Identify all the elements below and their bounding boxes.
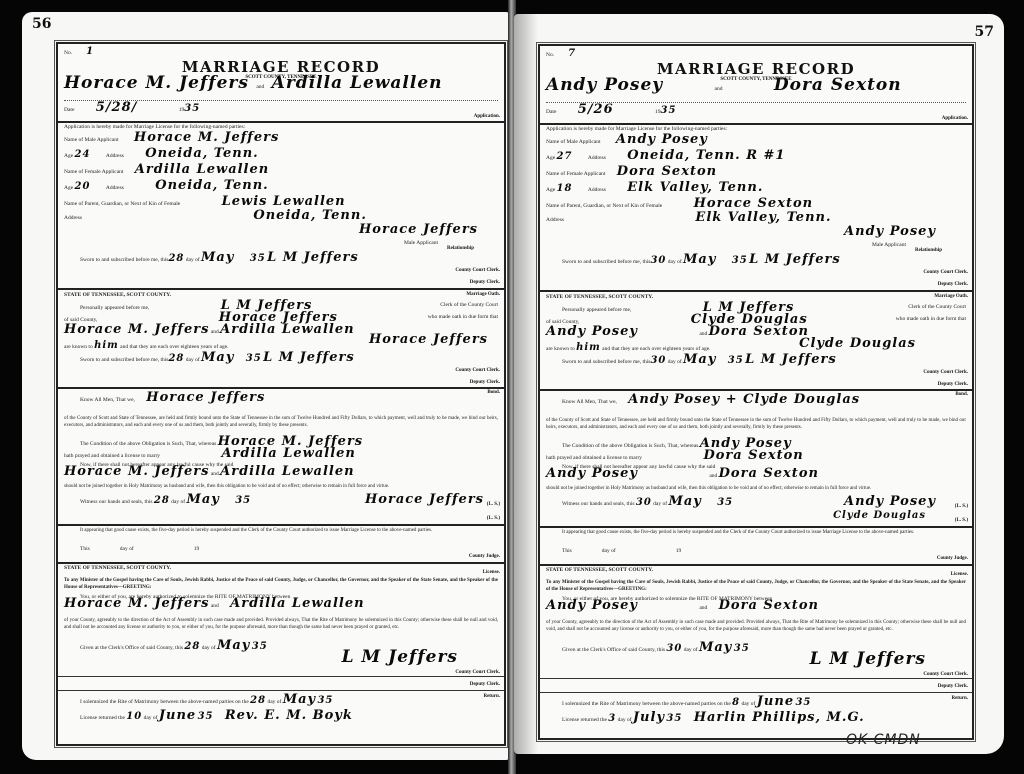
sworn-day: 30: [650, 255, 666, 266]
known-text: are known to: [64, 344, 93, 350]
know-text: Know All Men, That we,: [562, 399, 617, 405]
bond-signature-2: Clyde Douglas: [833, 510, 926, 521]
provided-text: of your County, agreeably to the directi…: [64, 618, 498, 631]
given-year: 35: [252, 641, 268, 652]
returned-text: License returned the: [562, 717, 607, 723]
witness-text: Witness our hands and seals, this: [562, 501, 635, 507]
date-label: Date: [64, 107, 74, 113]
clerk-of-court-text: Clerk of the County Court: [440, 302, 498, 309]
affiant-signature: Horace Jeffers: [369, 336, 488, 343]
solemnized-day: 8: [732, 697, 740, 708]
female-address: Elk Valley, Tenn.: [627, 180, 763, 195]
bond-body-text: of the County of Scott and State of Tenn…: [546, 418, 966, 431]
given-month: May: [699, 640, 732, 655]
marriage-record-form: No.1 MARRIAGE RECORD SCOTT COUNTY, TENNE…: [56, 42, 506, 746]
and-text: and: [211, 329, 219, 335]
clerk-label: County Court Clerk.: [923, 270, 968, 275]
witness-year: 35: [235, 495, 251, 506]
returned-year: 35: [198, 711, 214, 722]
male-age-label: Age: [64, 153, 73, 159]
male-address-label: Address: [588, 155, 606, 161]
female-address: Oneida, Tenn.: [155, 178, 268, 193]
witness-text: Witness our hands and seals, this: [80, 499, 153, 505]
solemnized-text: I solemnized the Rite of Matrimony betwe…: [562, 701, 731, 707]
deputy-label: Deputy Clerk.: [938, 282, 968, 287]
parent-address: Oneida, Tenn.: [253, 208, 366, 223]
no-label: No.: [546, 52, 554, 58]
suspension-text: It appearing that good cause exists, the…: [546, 530, 966, 537]
witness-month: May: [186, 492, 219, 507]
female-age: 18: [557, 183, 573, 194]
returned-month: June: [159, 708, 196, 723]
oath-deputy-label: Deputy Clerk.: [470, 380, 500, 385]
oath-party1: Andy Posey: [546, 324, 638, 339]
female-applicant-label: Name of Female Applicant: [546, 171, 605, 177]
oath-sworn-year: 35: [246, 353, 262, 364]
connector-text: and: [256, 84, 264, 90]
and-text: and: [699, 605, 707, 611]
this-text: This: [80, 546, 90, 552]
date-label: Date: [546, 109, 556, 115]
prayed-name: Dora Sexton: [703, 448, 803, 463]
sworn-text: Sworn to and subscribed before me, this: [562, 259, 650, 265]
solemnized-text: I solemnized the Rite of Matrimony betwe…: [80, 699, 249, 705]
license-party2: Ardilla Lewallen: [230, 596, 364, 611]
parent-name: Lewis Lewallen: [222, 194, 346, 209]
license-heading: STATE OF TENNESSEE, SCOTT COUNTY.: [546, 567, 966, 574]
oath-deputy-label: Deputy Clerk.: [938, 382, 968, 387]
female-address-label: Address: [588, 187, 606, 193]
male-applicant-name: Andy Posey: [616, 132, 708, 147]
clerk-label: County Court Clerk.: [455, 268, 500, 273]
bond-party2: Ardilla Lewallen: [220, 464, 354, 479]
day-of-text: day of: [120, 546, 134, 552]
parent-address-label: Address: [64, 215, 82, 221]
judge-label: County Judge.: [937, 556, 968, 561]
given-day: 30: [666, 643, 682, 654]
margin-note: OK CMDN: [846, 732, 921, 748]
year-prefix: 19: [194, 546, 200, 552]
known-text: are known to: [546, 346, 575, 352]
application-year: 35: [184, 103, 200, 114]
clerk-signature: L M Jeffers: [749, 252, 841, 267]
male-address: Oneida, Tenn. R #1: [627, 148, 785, 163]
no-label: No.: [64, 50, 72, 56]
sworn-day: 28: [168, 253, 184, 264]
license-deputy-label: Deputy Clerk.: [938, 684, 968, 689]
day-of-text: day of: [668, 259, 682, 265]
prayed-name: Ardilla Lewallen: [221, 446, 355, 461]
oath-sworn-year: 35: [728, 355, 744, 366]
sworn-month: May: [683, 252, 716, 267]
relationship-label: Relationship: [915, 248, 942, 253]
known-value: him: [576, 342, 601, 353]
application-date: 5/28/: [96, 100, 138, 115]
right-page: 57 No.7 MARRIAGE RECORD SCOTT COUNTY, TE…: [514, 14, 1004, 754]
license-to-text: To any Minister of the Gospel having the…: [546, 580, 966, 593]
solemnized-day: 28: [250, 695, 266, 706]
application-intro: Application is hereby made for Marriage …: [546, 126, 966, 133]
suspension-text: It appearing that good cause exists, the…: [64, 528, 498, 535]
male-age-label: Age: [546, 155, 555, 161]
oath-clerk-label: County Court Clerk.: [923, 370, 968, 375]
day-of-text: day of: [267, 699, 281, 705]
void-text: should not be joined together in Holy Ma…: [546, 486, 966, 493]
clerk-signature: L M Jeffers: [267, 250, 359, 265]
oath-party2: Dora Sexton: [709, 324, 809, 339]
this-text: This: [562, 548, 572, 554]
bond-obligors: Horace Jeffers: [146, 390, 265, 405]
parent-address-label: Address: [546, 217, 564, 223]
returned-day: 3: [608, 713, 616, 724]
section-label-oath: Marriage Oath.: [466, 292, 500, 297]
oath-party2: Ardilla Lewallen: [220, 322, 354, 337]
known-value: him: [94, 340, 119, 351]
oath-clerk-signature: L M Jeffers: [745, 352, 837, 367]
page-number: 57: [975, 24, 994, 40]
seal-2: (L. S.): [955, 518, 968, 523]
sworn-month: May: [201, 250, 234, 265]
female-age-label: Age: [64, 185, 73, 191]
day-of-text: day of: [618, 717, 632, 723]
parent-label: Name of Parent, Guardian, or Next of Kin…: [546, 203, 662, 209]
oath-sworn-text: Sworn to and subscribed before me, this: [562, 359, 650, 365]
day-of-text: day of: [144, 715, 158, 721]
license-clerk-label: County Court Clerk.: [455, 670, 500, 675]
seal-2: (L. S.): [487, 516, 500, 521]
returned-year: 35: [666, 713, 682, 724]
section-label-oath: Marriage Oath.: [934, 294, 968, 299]
parent-address: Elk Valley, Tenn.: [695, 210, 831, 225]
parent-name: Horace Sexton: [694, 196, 813, 211]
application-intro: Application is hereby made for Marriage …: [64, 124, 498, 131]
oath-clerk-signature: L M Jeffers: [263, 350, 355, 365]
male-applicant-label: Name of Male Applicant: [64, 137, 119, 143]
returned-month: July: [633, 710, 665, 725]
given-text: Given at the Clerk's Office of said Coun…: [80, 645, 183, 651]
judge-label: County Judge.: [469, 554, 500, 559]
bond-obligors: Andy Posey + Clyde Douglas: [628, 392, 860, 407]
parent-label: Name of Parent, Guardian, or Next of Kin…: [64, 201, 180, 207]
day-of-text: day of: [186, 257, 200, 263]
bond-signature-1: Andy Posey: [844, 498, 936, 505]
affiant-signature: Clyde Douglas: [799, 340, 916, 347]
oath-sworn-month: May: [201, 350, 234, 365]
prayed-text: hath prayed and obtained a license to ma…: [546, 455, 642, 461]
female-applicant-name: Dora Sexton: [617, 164, 717, 179]
male-age: 27: [557, 151, 573, 162]
provided-text: of your County, agreeably to the directi…: [546, 620, 966, 633]
returned-text: License returned the: [80, 715, 125, 721]
male-applicant-signature: Horace Jeffers: [359, 222, 478, 237]
license-clerk-signature: L M Jeffers: [342, 647, 458, 667]
oath-text: who made oath in due form that: [896, 316, 966, 323]
solemnized-year: 35: [317, 695, 333, 706]
marriage-record-form: No.7 MARRIAGE RECORD SCOTT COUNTY, TENNE…: [538, 44, 974, 740]
appeared-text: Personally appeared before me,: [80, 305, 149, 311]
oath-sworn-day: 28: [168, 353, 184, 364]
witness-day: 30: [636, 497, 652, 508]
bride-name: Dora Sexton: [774, 75, 902, 95]
license-party1: Andy Posey: [546, 598, 638, 613]
day-of-text: day of: [741, 701, 755, 707]
bond-party2: Dora Sexton: [719, 466, 819, 481]
clerk-of-court-text: Clerk of the County Court: [908, 304, 966, 311]
seal-1: (L. S.): [955, 504, 968, 509]
male-address: Oneida, Tenn.: [145, 146, 258, 161]
solemnized-month: May: [283, 692, 316, 707]
bond-signature-1: Horace Jeffers: [365, 496, 484, 503]
male-address-label: Address: [106, 153, 124, 159]
female-applicant-label: Name of Female Applicant: [64, 169, 123, 175]
groom-name: Andy Posey: [546, 75, 663, 95]
relationship-label: Relationship: [447, 246, 474, 251]
groom-name: Horace M. Jeffers: [64, 73, 249, 93]
female-age: 20: [75, 181, 91, 192]
year-prefix: 19: [676, 548, 682, 554]
license-deputy-label: Deputy Clerk.: [470, 682, 500, 687]
solemnized-month: June: [757, 694, 794, 709]
sworn-text: Sworn to and subscribed before me, this: [80, 257, 168, 263]
bride-name: Ardilla Lewallen: [272, 73, 443, 93]
sworn-year: 35: [732, 255, 748, 266]
oath-sworn-day: 30: [650, 355, 666, 366]
day-of-text: day of: [684, 647, 698, 653]
witness-day: 28: [154, 495, 170, 506]
day-of-text: day of: [602, 548, 616, 554]
license-to-text: To any Minister of the Gospel having the…: [64, 578, 498, 591]
license-party2: Dora Sexton: [719, 598, 819, 613]
day-of-text: day of: [186, 357, 200, 363]
and-text: and: [699, 331, 707, 337]
section-label-application: Application.: [474, 114, 500, 119]
given-month: May: [217, 638, 250, 653]
connector-text: and: [715, 86, 723, 92]
bond-party1: Horace M. Jeffers: [64, 464, 209, 479]
day-of-text: day of: [171, 499, 185, 505]
prayed-text: hath prayed and obtained a license to ma…: [64, 453, 160, 459]
application-date: 5/26: [578, 102, 614, 117]
day-of-text: day of: [653, 501, 667, 507]
left-page: 56 No.1 MARRIAGE RECORD SCOTT COUNTY, TE…: [22, 12, 510, 760]
record-number: 1: [86, 46, 94, 57]
section-label-license: License.: [483, 570, 500, 575]
oath-text: who made oath in due form that: [428, 314, 498, 321]
officiant-signature: Harlin Phillips, M.G.: [694, 710, 865, 725]
and-text: and: [709, 473, 717, 479]
condition-text: The Condition of the above Obligation is…: [80, 441, 216, 447]
male-applicant-name: Horace M. Jeffers: [134, 130, 279, 145]
condition-text: The Condition of the above Obligation is…: [562, 443, 698, 449]
male-applicant-sig-label: Male Applicant: [404, 240, 438, 246]
know-text: Know All Men, That we,: [80, 397, 135, 403]
male-applicant-sig-label: Male Applicant: [872, 242, 906, 248]
oath-clerk-label: County Court Clerk.: [455, 368, 500, 373]
page-number: 56: [32, 16, 51, 32]
void-text: should not be joined together in Holy Ma…: [64, 484, 498, 491]
license-party1: Horace M. Jeffers: [64, 596, 209, 611]
section-label-license: License.: [951, 572, 968, 577]
bond-body-text: of the County of Scott and State of Tenn…: [64, 416, 498, 429]
given-text: Given at the Clerk's Office of said Coun…: [562, 647, 665, 653]
oath-sworn-month: May: [683, 352, 716, 367]
given-day: 28: [184, 641, 200, 652]
witness-month: May: [668, 494, 701, 509]
oath-party1: Horace M. Jeffers: [64, 322, 209, 337]
and-text: and: [211, 471, 219, 477]
female-age-label: Age: [546, 187, 555, 193]
and-text: and: [211, 603, 219, 609]
male-applicant-label: Name of Male Applicant: [546, 139, 601, 145]
section-label-application: Application.: [942, 116, 968, 121]
record-number: 7: [568, 48, 576, 59]
female-address-label: Address: [106, 185, 124, 191]
male-applicant-signature: Andy Posey: [844, 224, 936, 239]
witness-year: 35: [717, 497, 733, 508]
bond-party1: Andy Posey: [546, 466, 638, 481]
license-clerk-signature: L M Jeffers: [810, 649, 926, 669]
returned-day: 10: [126, 711, 142, 722]
seal-1: (L. S.): [487, 502, 500, 507]
deputy-label: Deputy Clerk.: [470, 280, 500, 285]
officiant-signature: Rev. E. M. Boyk: [225, 708, 353, 723]
day-of-text: day of: [202, 645, 216, 651]
oath-sworn-text: Sworn to and subscribed before me, this: [80, 357, 168, 363]
solemnized-year: 35: [795, 697, 811, 708]
application-year: 35: [661, 105, 677, 116]
license-heading: STATE OF TENNESSEE, SCOTT COUNTY.: [64, 565, 498, 572]
given-year: 35: [734, 643, 750, 654]
appeared-text: Personally appeared before me,: [562, 307, 631, 313]
day-of-text: day of: [668, 359, 682, 365]
license-clerk-label: County Court Clerk.: [923, 672, 968, 677]
male-age: 24: [75, 149, 91, 160]
sworn-year: 35: [250, 253, 266, 264]
female-applicant-name: Ardilla Lewallen: [135, 162, 269, 177]
